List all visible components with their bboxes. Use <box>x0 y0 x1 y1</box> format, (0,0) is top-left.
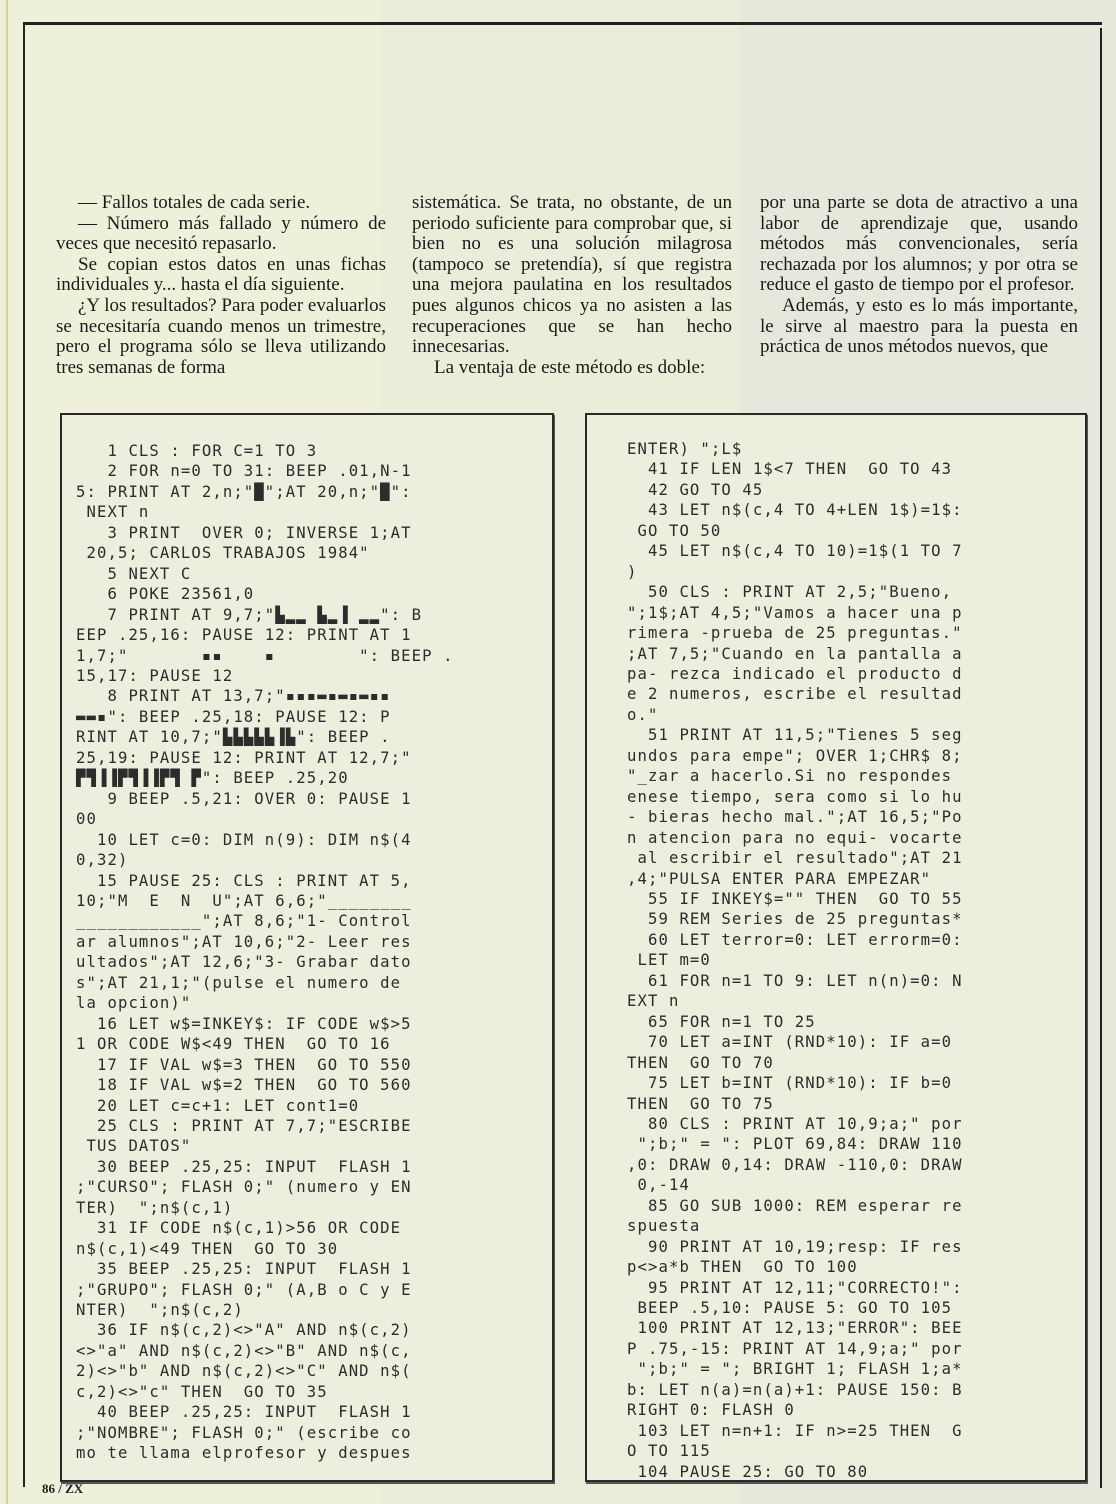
paragraph: por una parte se dota de atractivo a una… <box>760 193 1078 296</box>
page-edge-line <box>6 0 8 1504</box>
page-folio: 86 / ZX <box>42 1481 83 1497</box>
basic-code-listing-right: ENTER) ";L$ 41 IF LEN 1$<7 THEN GO TO 43… <box>627 439 1075 1482</box>
article-column-2: sistemática. Se trata, no obstante, de u… <box>412 193 732 378</box>
paragraph: Se copian estos datos en unas fichas ind… <box>56 255 386 296</box>
paragraph: Además, y esto es lo más importante, le … <box>760 296 1078 358</box>
basic-code-listing-left: 1 CLS : FOR C=1 TO 3 2 FOR n=0 TO 31: BE… <box>76 441 542 1464</box>
paragraph: La ventaja de este método es doble: <box>412 358 732 379</box>
paragraph: ¿Y los resultados? Para poder evaluarlos… <box>56 296 386 378</box>
paragraph: — Número más fallado y número de veces q… <box>56 214 386 255</box>
basic-listing-box-left: 1 CLS : FOR C=1 TO 3 2 FOR n=0 TO 31: BE… <box>60 413 554 1482</box>
article-column-3: por una parte se dota de atractivo a una… <box>760 193 1078 358</box>
paragraph: — Fallos totales de cada serie. <box>56 193 386 214</box>
paragraph: sistemática. Se trata, no obstante, de u… <box>412 193 732 358</box>
right-border-rule <box>1100 28 1102 1488</box>
basic-listing-box-right: ENTER) ";L$ 41 IF LEN 1$<7 THEN GO TO 43… <box>585 413 1087 1482</box>
article-column-1: — Fallos totales de cada serie.— Número … <box>56 193 386 378</box>
